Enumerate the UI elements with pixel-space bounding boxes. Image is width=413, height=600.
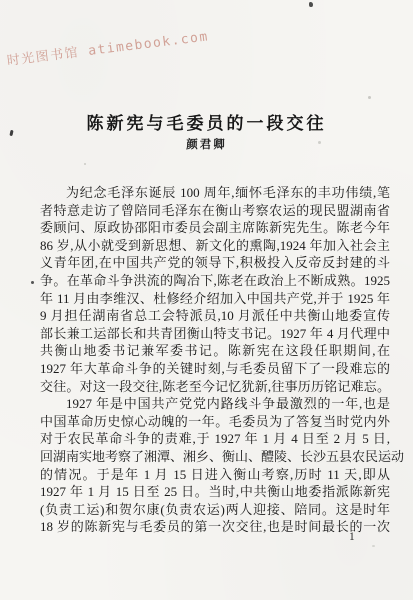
paragraph: 为纪念毛泽东诞辰 100 周年,缅怀毛泽东的丰功伟绩,笔者特意走访了曾陪同毛泽东… [40,184,390,395]
text-line: 共衡山地委书记兼军委书记。陈新宪在这段任职期间,在 [40,342,390,360]
text-line: 18 岁的陈新宪与毛委员的第一次交往,也是时间最长的一次 [40,518,390,536]
text-line: (负责工运)和贺尔康(负责农运)两人迎接、陪同。这是时年 [40,501,390,519]
paragraph: 1927 年是中国共产党党内路线斗争最激烈的一年,也是中国革命历史惊心动魄的一年… [40,395,390,536]
text-line: 争。在革命斗争洪流的陶冶下,陈老在政治上不断成熟。1925 [40,272,390,290]
scan-speck [84,163,86,165]
text-line: 1927 年大革命斗争的关键时刻,与毛委员留下了一段难忘的 [40,360,390,378]
text-line: 86 岁,从小就受到新思想、新文化的熏陶,1924 年加入社会主 [40,237,390,255]
text-line: 1927 年 1 月 15 日至 25 日。当时,中共衡山地委指派陈新宪 [40,483,390,501]
text-line: 1927 年是中国共产党党内路线斗争最激烈的一年,也是 [40,395,390,413]
article-title: 陈新宪与毛委员的一段交往 [0,109,413,134]
scan-speck [309,2,313,7]
scan-speck [368,96,371,99]
text-line: 对于农民革命斗争的责难,于 1927 年 1 月 4 日至 2 月 5 日, [40,430,390,448]
scan-speck [372,545,375,547]
text-line: 部长兼工运部长和共青团衡山特支书记。1927 年 4 月代理中 [40,325,390,343]
scanned-book-page: 时光图书馆 atimebook.com 陈新宪与毛委员的一段交往 颜君卿 为纪念… [0,0,413,600]
article-body: 为纪念毛泽东诞辰 100 周年,缅怀毛泽东的丰功伟绩,笔者特意走访了曾陪同毛泽东… [40,184,390,536]
text-line: 义青年团,在中国共产党的领导下,积极投入反帝反封建的斗 [40,254,390,272]
text-line: 回湖南实地考察了湘潭、湘乡、衡山、醴陵、长沙五县农民运动 [40,448,390,466]
text-line: 者特意走访了曾陪同毛泽东在衡山考察农运的现民盟湖南省 [40,202,390,220]
text-line: 年 11 月由李维汉、杜修经介绍加入中国共产党,并于 1925 年 [40,290,390,308]
text-line: 中国革命历史惊心动魄的一年。毛委员为了答复当时党内外 [40,413,390,431]
text-line: 交往。对这一段交往,陈老至今记忆犹新,往事历历铭记难忘。 [40,378,390,396]
text-line: 的情况。于是年 1 月 15 日进入衡山考察,历时 11 天,即从 [40,466,390,484]
page-number: 1 [349,531,355,543]
library-watermark: 时光图书馆 atimebook.com [6,25,210,69]
text-line: 9 月担任湖南省总工会特派员,10 月派任中共衡山地委宣传 [40,307,390,325]
text-line: 委顾问、原政协邵阳市委员会副主席陈新宪先生。陈老今年 [40,219,390,237]
article-author: 颜君卿 [0,136,413,152]
text-line: 为纪念毛泽东诞辰 100 周年,缅怀毛泽东的丰功伟绩,笔 [40,184,390,202]
scan-speck [31,281,34,284]
